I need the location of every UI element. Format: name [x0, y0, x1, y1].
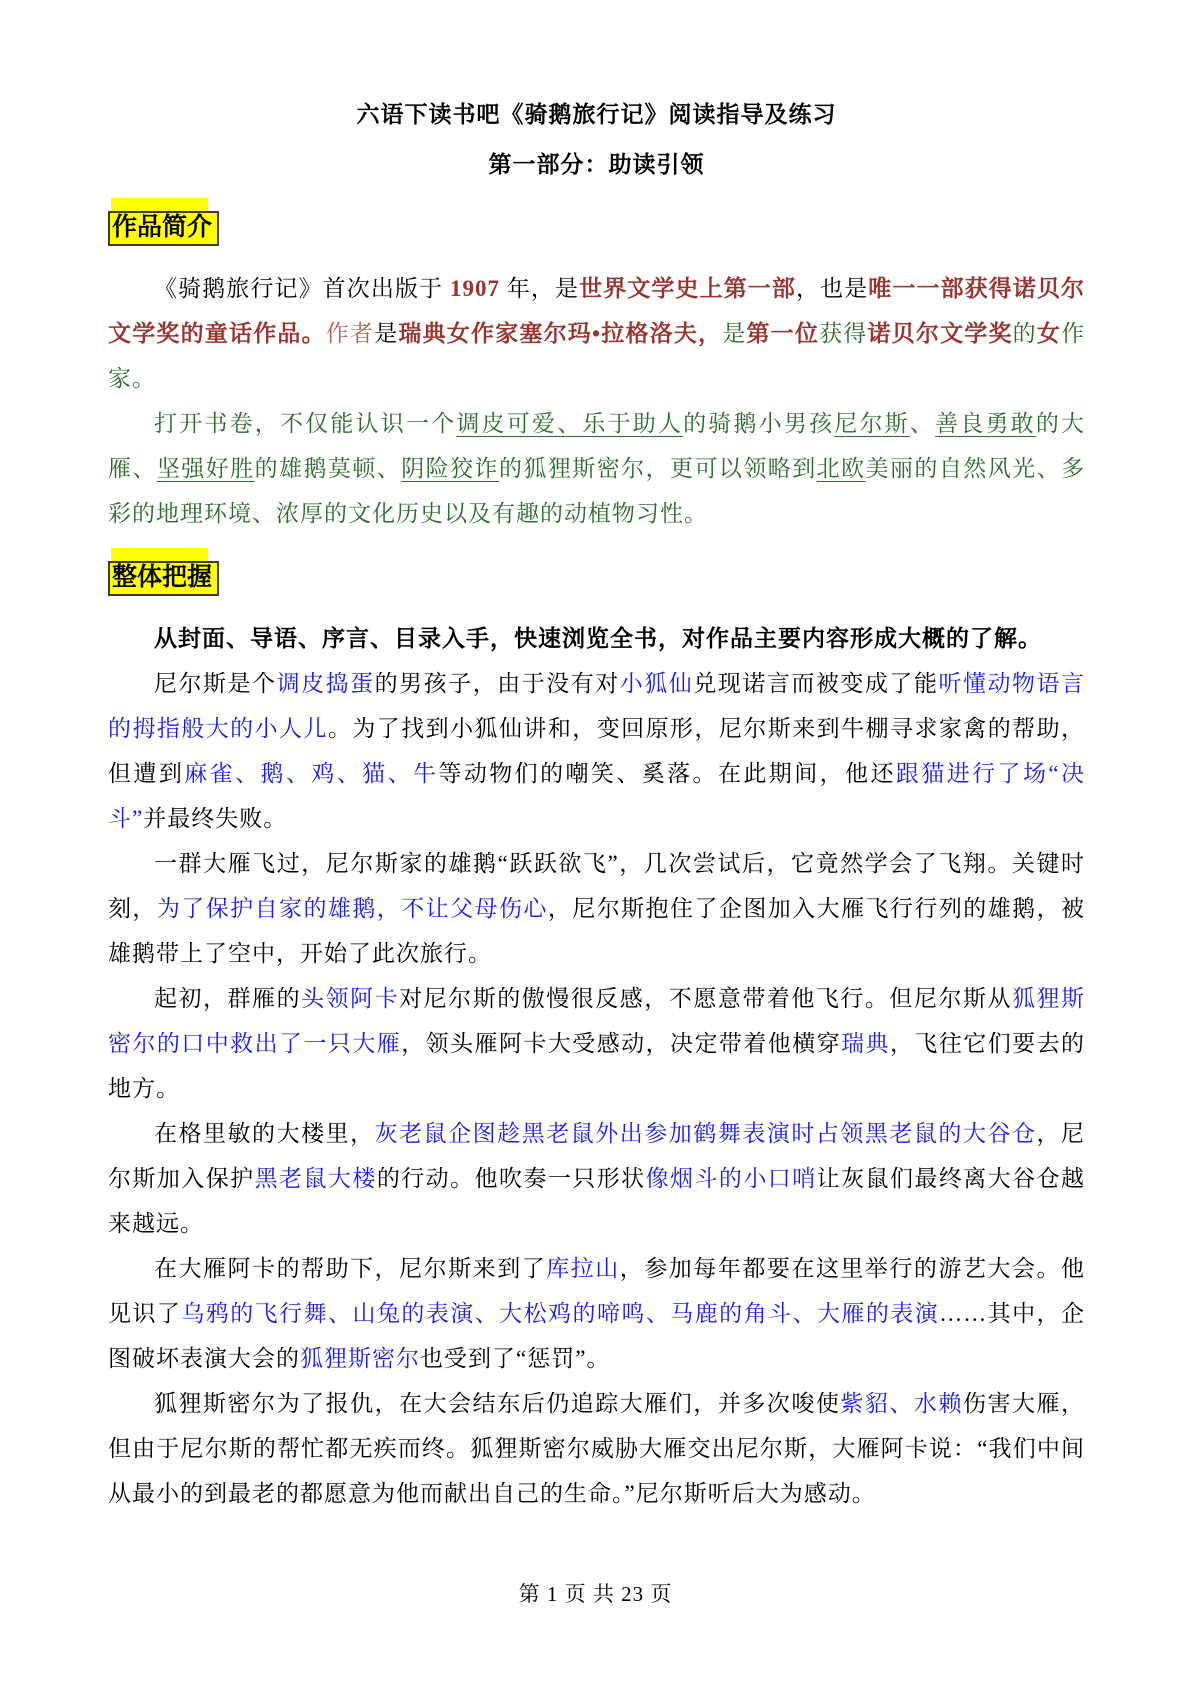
highlight-bar [111, 198, 208, 211]
text-run: 瑞典女作家塞尔玛•拉格洛夫， [398, 321, 722, 346]
text-run: ，也是 [796, 276, 868, 301]
text-run: 尼尔斯 [834, 411, 910, 436]
text-run: 的骑鹅小男孩 [683, 411, 834, 436]
paragraph: 《骑鹅旅行记》首次出版于 1907 年，是世界文学史上第一部，也是唯一一部获得诺… [108, 266, 1085, 401]
paragraph: 打开书卷，不仅能认识一个调皮可爱、乐于助人的骑鹅小男孩尼尔斯、善良勇敢的大雁、坚… [108, 401, 1085, 536]
text-run: 为了保护自家的雄鹅，不让父母伤心 [157, 896, 548, 921]
text-run: 瑞典 [841, 1031, 890, 1056]
text-run: 乌鸦的飞行舞、山兔的表演、大松鸡的啼鸣、马鹿的角斗、大雁的表演 [181, 1301, 939, 1326]
text-run: 像烟斗的小口哨 [646, 1166, 817, 1191]
text-run: 的行动。他吹奏一只形状 [377, 1166, 646, 1191]
text-run: 在格里敏的大楼里， [154, 1121, 375, 1146]
page-footer: 第 1 页 共 23 页 [0, 1578, 1191, 1608]
section-heading-work-intro: 作品简介 [108, 211, 219, 246]
text-run: 调皮可爱、乐于助人 [456, 411, 683, 436]
text-run: 麻雀、鹅、鸡、猫、牛 [184, 761, 438, 786]
text-run: 的 [1013, 321, 1037, 346]
text-run: 调皮捣蛋 [277, 671, 375, 696]
paragraph: 狐狸斯密尔为了报仇，在大会结东后仍追踪大雁们，并多次唆使紫貂、水赖伤害大雁，但由… [108, 1381, 1085, 1516]
text-run: 小狐仙 [620, 671, 694, 696]
section-body: 从封面、导语、序言、目录入手，快速浏览全书，对作品主要内容形成大概的了解。尼尔斯… [108, 616, 1085, 1516]
text-run: 获得 [819, 321, 867, 346]
text-run: 在大雁阿卡的帮助下，尼尔斯来到了 [154, 1256, 546, 1281]
section-work-intro: 作品简介 《骑鹅旅行记》首次出版于 1907 年，是世界文学史上第一部，也是唯一… [108, 198, 1085, 536]
text-run: 善良勇敢 [935, 411, 1036, 436]
text-run: 起初，群雁的 [154, 986, 301, 1011]
paragraph: 尼尔斯是个调皮捣蛋的男孩子，由于没有对小狐仙兑现诺言而被变成了能听懂动物语言的拇… [108, 661, 1085, 841]
text-run: 头领阿卡 [301, 986, 399, 1011]
text-run: 、 [910, 411, 935, 436]
text-run: 是 [374, 321, 398, 346]
page-title: 六语下读书吧《骑鹅旅行记》阅读指导及练习 [108, 100, 1085, 130]
page-subtitle: 第一部分：助读引领 [108, 150, 1085, 180]
text-run: 库拉山 [546, 1256, 620, 1281]
text-run: 《骑鹅旅行记》首次出版于 [154, 276, 450, 301]
section-heading-overall-grasp: 整体把握 [108, 561, 219, 596]
text-run: 的男孩子，由于没有对 [375, 671, 620, 696]
highlight-bar [111, 548, 208, 561]
paragraph: 在格里敏的大楼里，灰老鼠企图趁黑老鼠外出参加鹤舞表演时占领黑老鼠的大谷仓，尼尔斯… [108, 1111, 1085, 1246]
text-run: 灰老鼠企图趁黑老鼠外出参加鹤舞表演时占领黑老鼠的大谷仓 [375, 1121, 1037, 1146]
text-run: 狐狸斯密尔为了报仇，在大会结东后仍追踪大雁们，并多次唆使 [154, 1391, 840, 1416]
text-run: 尼尔斯是个 [154, 671, 277, 696]
section-body: 《骑鹅旅行记》首次出版于 1907 年，是世界文学史上第一部，也是唯一一部获得诺… [108, 266, 1085, 536]
text-run: 对尼尔斯的傲慢很反感，不愿意带着他飞行。但尼尔斯从 [399, 986, 1012, 1011]
paragraph: 在大雁阿卡的帮助下，尼尔斯来到了库拉山，参加每年都要在这里举行的游艺大会。他见识… [108, 1246, 1085, 1381]
text-run: 世界文学史上第一部 [579, 276, 796, 301]
text-run: 第一位 [746, 321, 819, 346]
paragraph: 一群大雁飞过，尼尔斯家的雄鹅“跃跃欲飞”，几次尝试后，它竟然学会了飞翔。关键时刻… [108, 841, 1085, 976]
text-run: 坚强好胜 [157, 456, 255, 481]
text-run: 从封面、导语、序言、目录入手，快速浏览全书，对作品主要内容形成大概的了解。 [154, 626, 1042, 651]
text-run: 作者 [326, 321, 374, 346]
text-run: 紫貂、水赖 [840, 1391, 963, 1416]
text-run: 打开书卷，不仅能认识一个 [154, 411, 456, 436]
section-overall-grasp: 整体把握 从封面、导语、序言、目录入手，快速浏览全书，对作品主要内容形成大概的了… [108, 548, 1085, 1516]
text-run: 并最终失败。 [143, 806, 287, 831]
text-run: 狐狸斯密尔 [300, 1346, 420, 1371]
text-run: 1907 [450, 276, 500, 301]
text-run: 是 [722, 321, 746, 346]
text-run: 年，是 [500, 276, 579, 301]
text-run: 阴险狡诈 [401, 456, 499, 481]
text-run: 也受到了“惩罚”。 [420, 1346, 610, 1371]
paragraph: 起初，群雁的头领阿卡对尼尔斯的傲慢很反感，不愿意带着他飞行。但尼尔斯从狐狸斯密尔… [108, 976, 1085, 1111]
text-run: 的雄鹅莫顿、 [255, 456, 402, 481]
text-run: 诺贝尔文学奖 [867, 321, 1012, 346]
paragraph: 从封面、导语、序言、目录入手，快速浏览全书，对作品主要内容形成大概的了解。 [108, 616, 1085, 661]
text-run: 北欧 [817, 456, 866, 481]
text-run: 女 [1037, 321, 1061, 346]
text-run: ，领头雁阿卡大受感动，决定带着他横穿 [401, 1031, 841, 1056]
text-run: 的狐狸斯密尔，更可以领略到 [499, 456, 817, 481]
text-run: 黑老鼠大楼 [255, 1166, 377, 1191]
text-run: 兑现诺言而被变成了能 [693, 671, 938, 696]
document-page: 六语下读书吧《骑鹅旅行记》阅读指导及练习 第一部分：助读引领 作品简介 《骑鹅旅… [0, 0, 1191, 1684]
text-run: 等动物们的嘲笑、奚落。在此期间，他还 [438, 761, 895, 786]
